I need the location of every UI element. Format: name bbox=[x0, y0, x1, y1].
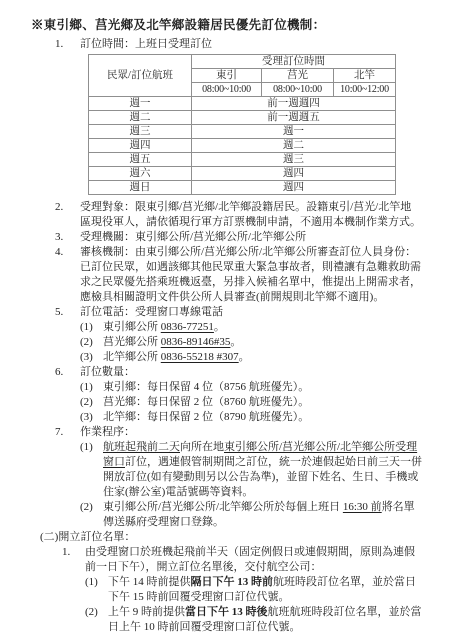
text-segment: 莒光鄉公所 bbox=[103, 336, 161, 348]
value-cell: 週二 bbox=[192, 139, 396, 153]
item-text: 審核機制：由東引鄉公所/莒光鄉公所/北竿鄉公所審查訂位人員身份：已訂位民眾，如遇… bbox=[80, 245, 422, 305]
sub-item-number: (3) bbox=[80, 410, 103, 425]
time-cell: 08:00~10:00 bbox=[262, 83, 334, 97]
sub-items: (1) 下午 14 時前提供隔日下午 13 時前航班時段訂位名單，並於當日下午 … bbox=[85, 575, 422, 635]
sub-item-number: (1) bbox=[85, 575, 108, 605]
item-body: 訂位電話：受理窗口專線電話 (1) 東引鄉公所 0836-77251。 (2) … bbox=[80, 305, 422, 365]
table-row: 週四 週二 bbox=[89, 139, 396, 153]
list-item: 5. 訂位電話：受理窗口專線電話 (1) 東引鄉公所 0836-77251。 (… bbox=[55, 305, 422, 365]
column-header: 莒光 bbox=[262, 69, 334, 83]
sub-item-number: (1) bbox=[80, 380, 103, 395]
value-cell: 前一週週四 bbox=[192, 97, 396, 111]
sub-item: (3) 北竿鄉公所 0836-55218 #307。 bbox=[80, 350, 422, 365]
sub-item-number: (2) bbox=[80, 395, 103, 410]
text-segment: 訂位電話：受理窗口專線電話 bbox=[80, 306, 223, 318]
item-number: 4. bbox=[55, 245, 80, 305]
sub-item-number: (1) bbox=[80, 320, 103, 335]
sub-item-text: 東引鄉公所 0836-77251。 bbox=[103, 320, 422, 335]
sub-item: (1) 東引鄉：每日保留 4 位（8756 航班優先）。 bbox=[80, 380, 422, 395]
booking-time-table: 民眾/訂位航班 受理訂位時間 東引 莒光 北竿 08:00~10:00 08:0… bbox=[88, 54, 396, 195]
value-cell: 週一 bbox=[192, 125, 396, 139]
text-segment: 北竿鄉：每日保留 2 位（8790 航班優先）。 bbox=[103, 411, 309, 423]
page-title: ※東引鄉、莒光鄉及北竿鄉設籍居民優先訂位機制： bbox=[31, 17, 422, 34]
item-number: 6. bbox=[55, 365, 80, 425]
table-row: 週三 週一 bbox=[89, 125, 396, 139]
table-row: 週六 週四 bbox=[89, 167, 396, 181]
sub-item: (1) 東引鄉公所 0836-77251。 bbox=[80, 320, 422, 335]
text-segment: 莒光鄉：每日保留 2 位（8760 航班優先）。 bbox=[103, 396, 309, 408]
item-body: 訂位時間：上班日受理訂位 民眾/訂位航班 受理訂位時間 東引 莒光 北竿 bbox=[80, 37, 422, 200]
item-text: 訂位數量： bbox=[80, 365, 422, 380]
sub-item-text: 北竿鄉：每日保留 2 位（8790 航班優先）。 bbox=[103, 410, 422, 425]
item-number: 2. bbox=[55, 200, 80, 230]
item-text: 作業程序： bbox=[80, 425, 422, 440]
text-segment: 由受理窗口於班機起飛前半天（固定例假日或連假期間，原則為連假前一日下午），開立訂… bbox=[85, 546, 415, 573]
sub-item-text: 莒光鄉公所 0836-89146#35。 bbox=[103, 335, 422, 350]
text-segment: 。 bbox=[214, 321, 225, 333]
text-segment: 航班起飛前二天 bbox=[103, 441, 180, 453]
table-row: 週一 前一週週四 bbox=[89, 97, 396, 111]
table-header: 民眾/訂位航班 受理訂位時間 東引 莒光 北竿 08:00~10:00 08:0… bbox=[89, 55, 396, 97]
text-segment: 上午 9 時前提供 bbox=[108, 606, 185, 618]
table-row: 週五 週三 bbox=[89, 153, 396, 167]
text-segment: 東引鄉公所 bbox=[103, 321, 161, 333]
list-item: 1. 由受理窗口於班機起飛前半天（固定例假日或連假期間，原則為連假前一日下午），… bbox=[62, 545, 422, 635]
text-segment: 北竿鄉公所 bbox=[103, 351, 161, 363]
text-segment: 0836-55218 #307 bbox=[161, 351, 239, 363]
sub-item-text: 下午 14 時前提供隔日下午 13 時前航班時段訂位名單，並於當日下午 15 時… bbox=[108, 575, 422, 605]
table-corner-header: 民眾/訂位航班 bbox=[89, 55, 192, 97]
table-body: 週一 前一週週四 週二 前一週週五 週三 週一 週四 週二 週五 週三 週六 週… bbox=[89, 97, 396, 195]
sub-items: (1) 東引鄉公所 0836-77251。 (2) 莒光鄉公所 0836-891… bbox=[80, 320, 422, 365]
item-number: 3. bbox=[55, 230, 80, 245]
document-page: { "title": "※東引鄉、莒光鄉及北竿鄉設籍居民優先訂位機制：", "t… bbox=[0, 0, 450, 636]
day-cell: 週一 bbox=[89, 97, 192, 111]
text-segment: 下午 14 時前提供 bbox=[108, 576, 191, 588]
item-number: 5. bbox=[55, 305, 80, 365]
sub-item: (2) 東引鄉公所/莒光鄉公所/北竿鄉公所於每個上班日 16:30 前將名單傳送… bbox=[80, 500, 422, 530]
list-item: 7. 作業程序： (1) 航班起飛前二天向所在地東引鄉公所/莒光鄉公所/北竿鄉公… bbox=[55, 425, 422, 530]
text-segment: 作業程序： bbox=[80, 426, 135, 438]
sub-item-text: 北竿鄉公所 0836-55218 #307。 bbox=[103, 350, 422, 365]
text-segment: 受理對象：限東引鄉/莒光鄉/北竿鄉設籍居民。設籍東引/莒光/北竿地區現役軍人，請… bbox=[80, 201, 421, 228]
text-segment: 16:30 前 bbox=[343, 501, 382, 513]
text-segment: 0836-89146#35 bbox=[161, 336, 231, 348]
list-item: 4. 審核機制：由東引鄉公所/莒光鄉公所/北竿鄉公所審查訂位人員身份：已訂位民眾… bbox=[55, 245, 422, 305]
item-text: 訂位時間：上班日受理訂位 bbox=[80, 37, 422, 52]
table-row: 週日 週四 bbox=[89, 181, 396, 195]
item-number: 7. bbox=[55, 425, 80, 530]
day-cell: 週日 bbox=[89, 181, 192, 195]
item-number: 1. bbox=[55, 37, 80, 200]
sub-item: (1) 航班起飛前二天向所在地東引鄉公所/莒光鄉公所/北竿鄉公所受理窗口訂位，遇… bbox=[80, 440, 422, 500]
sub-item: (2) 上午 9 時前提供當日下午 13 時後航班航班時段訂位名單，並於當日上午… bbox=[85, 605, 422, 635]
sub-item: (2) 莒光鄉：每日保留 2 位（8760 航班優先）。 bbox=[80, 395, 422, 410]
text-segment: 受理機關：東引鄉公所/莒光鄉公所/北竿鄉公所 bbox=[80, 231, 306, 243]
value-cell: 週四 bbox=[192, 167, 396, 181]
item-text: 受理機關：東引鄉公所/莒光鄉公所/北竿鄉公所 bbox=[80, 230, 422, 245]
column-header: 東引 bbox=[192, 69, 262, 83]
item-body: 訂位數量： (1) 東引鄉：每日保留 4 位（8756 航班優先）。 (2) 莒… bbox=[80, 365, 422, 425]
text-segment: 。 bbox=[230, 336, 241, 348]
list-item: 2. 受理對象：限東引鄉/莒光鄉/北竿鄉設籍居民。設籍東引/莒光/北竿地區現役軍… bbox=[55, 200, 422, 230]
text-segment: 訂位數量： bbox=[80, 366, 135, 378]
list-items-container: 2. 受理對象：限東引鄉/莒光鄉/北竿鄉設籍居民。設籍東引/莒光/北竿地區現役軍… bbox=[31, 200, 422, 530]
item-body: 審核機制：由東引鄉公所/莒光鄉公所/北竿鄉公所審查訂位人員身份：已訂位民眾，如遇… bbox=[80, 245, 422, 305]
value-cell: 週四 bbox=[192, 181, 396, 195]
time-cell: 10:00~12:00 bbox=[334, 83, 396, 97]
text-segment: 東引鄉公所/莒光鄉公所/北竿鄉公所於每個上班日 bbox=[103, 501, 343, 513]
value-cell: 週三 bbox=[192, 153, 396, 167]
day-cell: 週六 bbox=[89, 167, 192, 181]
sub-items: (1) 東引鄉：每日保留 4 位（8756 航班優先）。 (2) 莒光鄉：每日保… bbox=[80, 380, 422, 425]
item-text: 由受理窗口於班機起飛前半天（固定例假日或連假期間，原則為連假前一日下午），開立訂… bbox=[85, 545, 422, 575]
text-segment: 。 bbox=[239, 351, 250, 363]
list-item: 1. 訂位時間：上班日受理訂位 民眾/訂位航班 受理訂位時間 東引 莒光 北竿 bbox=[55, 37, 422, 200]
text-segment: 向所在地 bbox=[180, 441, 224, 453]
text-segment: 隔日下午 13 時前 bbox=[191, 576, 274, 588]
item-text: 訂位電話：受理窗口專線電話 bbox=[80, 305, 422, 320]
sub-item: (3) 北竿鄉：每日保留 2 位（8790 航班優先）。 bbox=[80, 410, 422, 425]
day-cell: 週三 bbox=[89, 125, 192, 139]
item-body: 受理機關：東引鄉公所/莒光鄉公所/北竿鄉公所 bbox=[80, 230, 422, 245]
day-cell: 週二 bbox=[89, 111, 192, 125]
list-item: 3. 受理機關：東引鄉公所/莒光鄉公所/北竿鄉公所 bbox=[55, 230, 422, 245]
section-heading: (二)開立訂位名單： bbox=[40, 530, 422, 545]
table-row: 週二 前一週週五 bbox=[89, 111, 396, 125]
sub-item-number: (2) bbox=[80, 500, 103, 530]
section2-items-container: 1. 由受理窗口於班機起飛前半天（固定例假日或連假期間，原則為連假前一日下午），… bbox=[31, 545, 422, 635]
text-segment: 0836-77251 bbox=[161, 321, 214, 333]
sub-item-text: 東引鄉：每日保留 4 位（8756 航班優先）。 bbox=[103, 380, 422, 395]
sub-item-number: (3) bbox=[80, 350, 103, 365]
column-header: 北竿 bbox=[334, 69, 396, 83]
sub-item: (2) 莒光鄉公所 0836-89146#35。 bbox=[80, 335, 422, 350]
item-number: 1. bbox=[62, 545, 85, 635]
sub-item-number: (2) bbox=[80, 335, 103, 350]
text-segment: 東引鄉：每日保留 4 位（8756 航班優先）。 bbox=[103, 381, 309, 393]
text-segment: 訂位時間：上班日受理訂位 bbox=[80, 38, 212, 50]
item-body: 作業程序： (1) 航班起飛前二天向所在地東引鄉公所/莒光鄉公所/北竿鄉公所受理… bbox=[80, 425, 422, 530]
sub-items: (1) 航班起飛前二天向所在地東引鄉公所/莒光鄉公所/北竿鄉公所受理窗口訂位，遇… bbox=[80, 440, 422, 530]
sub-item: (1) 下午 14 時前提供隔日下午 13 時前航班時段訂位名單，並於當日下午 … bbox=[85, 575, 422, 605]
sub-item-number: (1) bbox=[80, 440, 103, 500]
item-body: 受理對象：限東引鄉/莒光鄉/北竿鄉設籍居民。設籍東引/莒光/北竿地區現役軍人，請… bbox=[80, 200, 422, 230]
text-segment: 訂位，遇連假管制期間之訂位，統一於連假起始日前三天一併開放訂位(如有變動則另以公… bbox=[103, 456, 422, 498]
time-cell: 08:00~10:00 bbox=[192, 83, 262, 97]
item-body: 由受理窗口於班機起飛前半天（固定例假日或連假期間，原則為連假前一日下午），開立訂… bbox=[85, 545, 422, 635]
sub-item-number: (2) bbox=[85, 605, 108, 635]
day-cell: 週五 bbox=[89, 153, 192, 167]
value-cell: 前一週週五 bbox=[192, 111, 396, 125]
table-group-header: 受理訂位時間 bbox=[192, 55, 396, 69]
sub-item-text: 航班起飛前二天向所在地東引鄉公所/莒光鄉公所/北竿鄉公所受理窗口訂位，遇連假管制… bbox=[103, 440, 422, 500]
sub-item-text: 上午 9 時前提供當日下午 13 時後航班航班時段訂位名單，並於當日上午 10 … bbox=[108, 605, 422, 635]
text-segment: 審核機制：由東引鄉公所/莒光鄉公所/北竿鄉公所審查訂位人員身份：已訂位民眾，如遇… bbox=[80, 246, 421, 303]
sub-item-text: 東引鄉公所/莒光鄉公所/北竿鄉公所於每個上班日 16:30 前將名單傳送縣府受理… bbox=[103, 500, 422, 530]
item-text: 受理對象：限東引鄉/莒光鄉/北竿鄉設籍居民。設籍東引/莒光/北竿地區現役軍人，請… bbox=[80, 200, 422, 230]
page: ※東引鄉、莒光鄉及北竿鄉設籍居民優先訂位機制： 1. 訂位時間：上班日受理訂位 … bbox=[0, 0, 450, 636]
day-cell: 週四 bbox=[89, 139, 192, 153]
list-item: 6. 訂位數量： (1) 東引鄉：每日保留 4 位（8756 航班優先）。 (2… bbox=[55, 365, 422, 425]
sub-item-text: 莒光鄉：每日保留 2 位（8760 航班優先）。 bbox=[103, 395, 422, 410]
text-segment: 當日下午 13 時後 bbox=[185, 606, 268, 618]
